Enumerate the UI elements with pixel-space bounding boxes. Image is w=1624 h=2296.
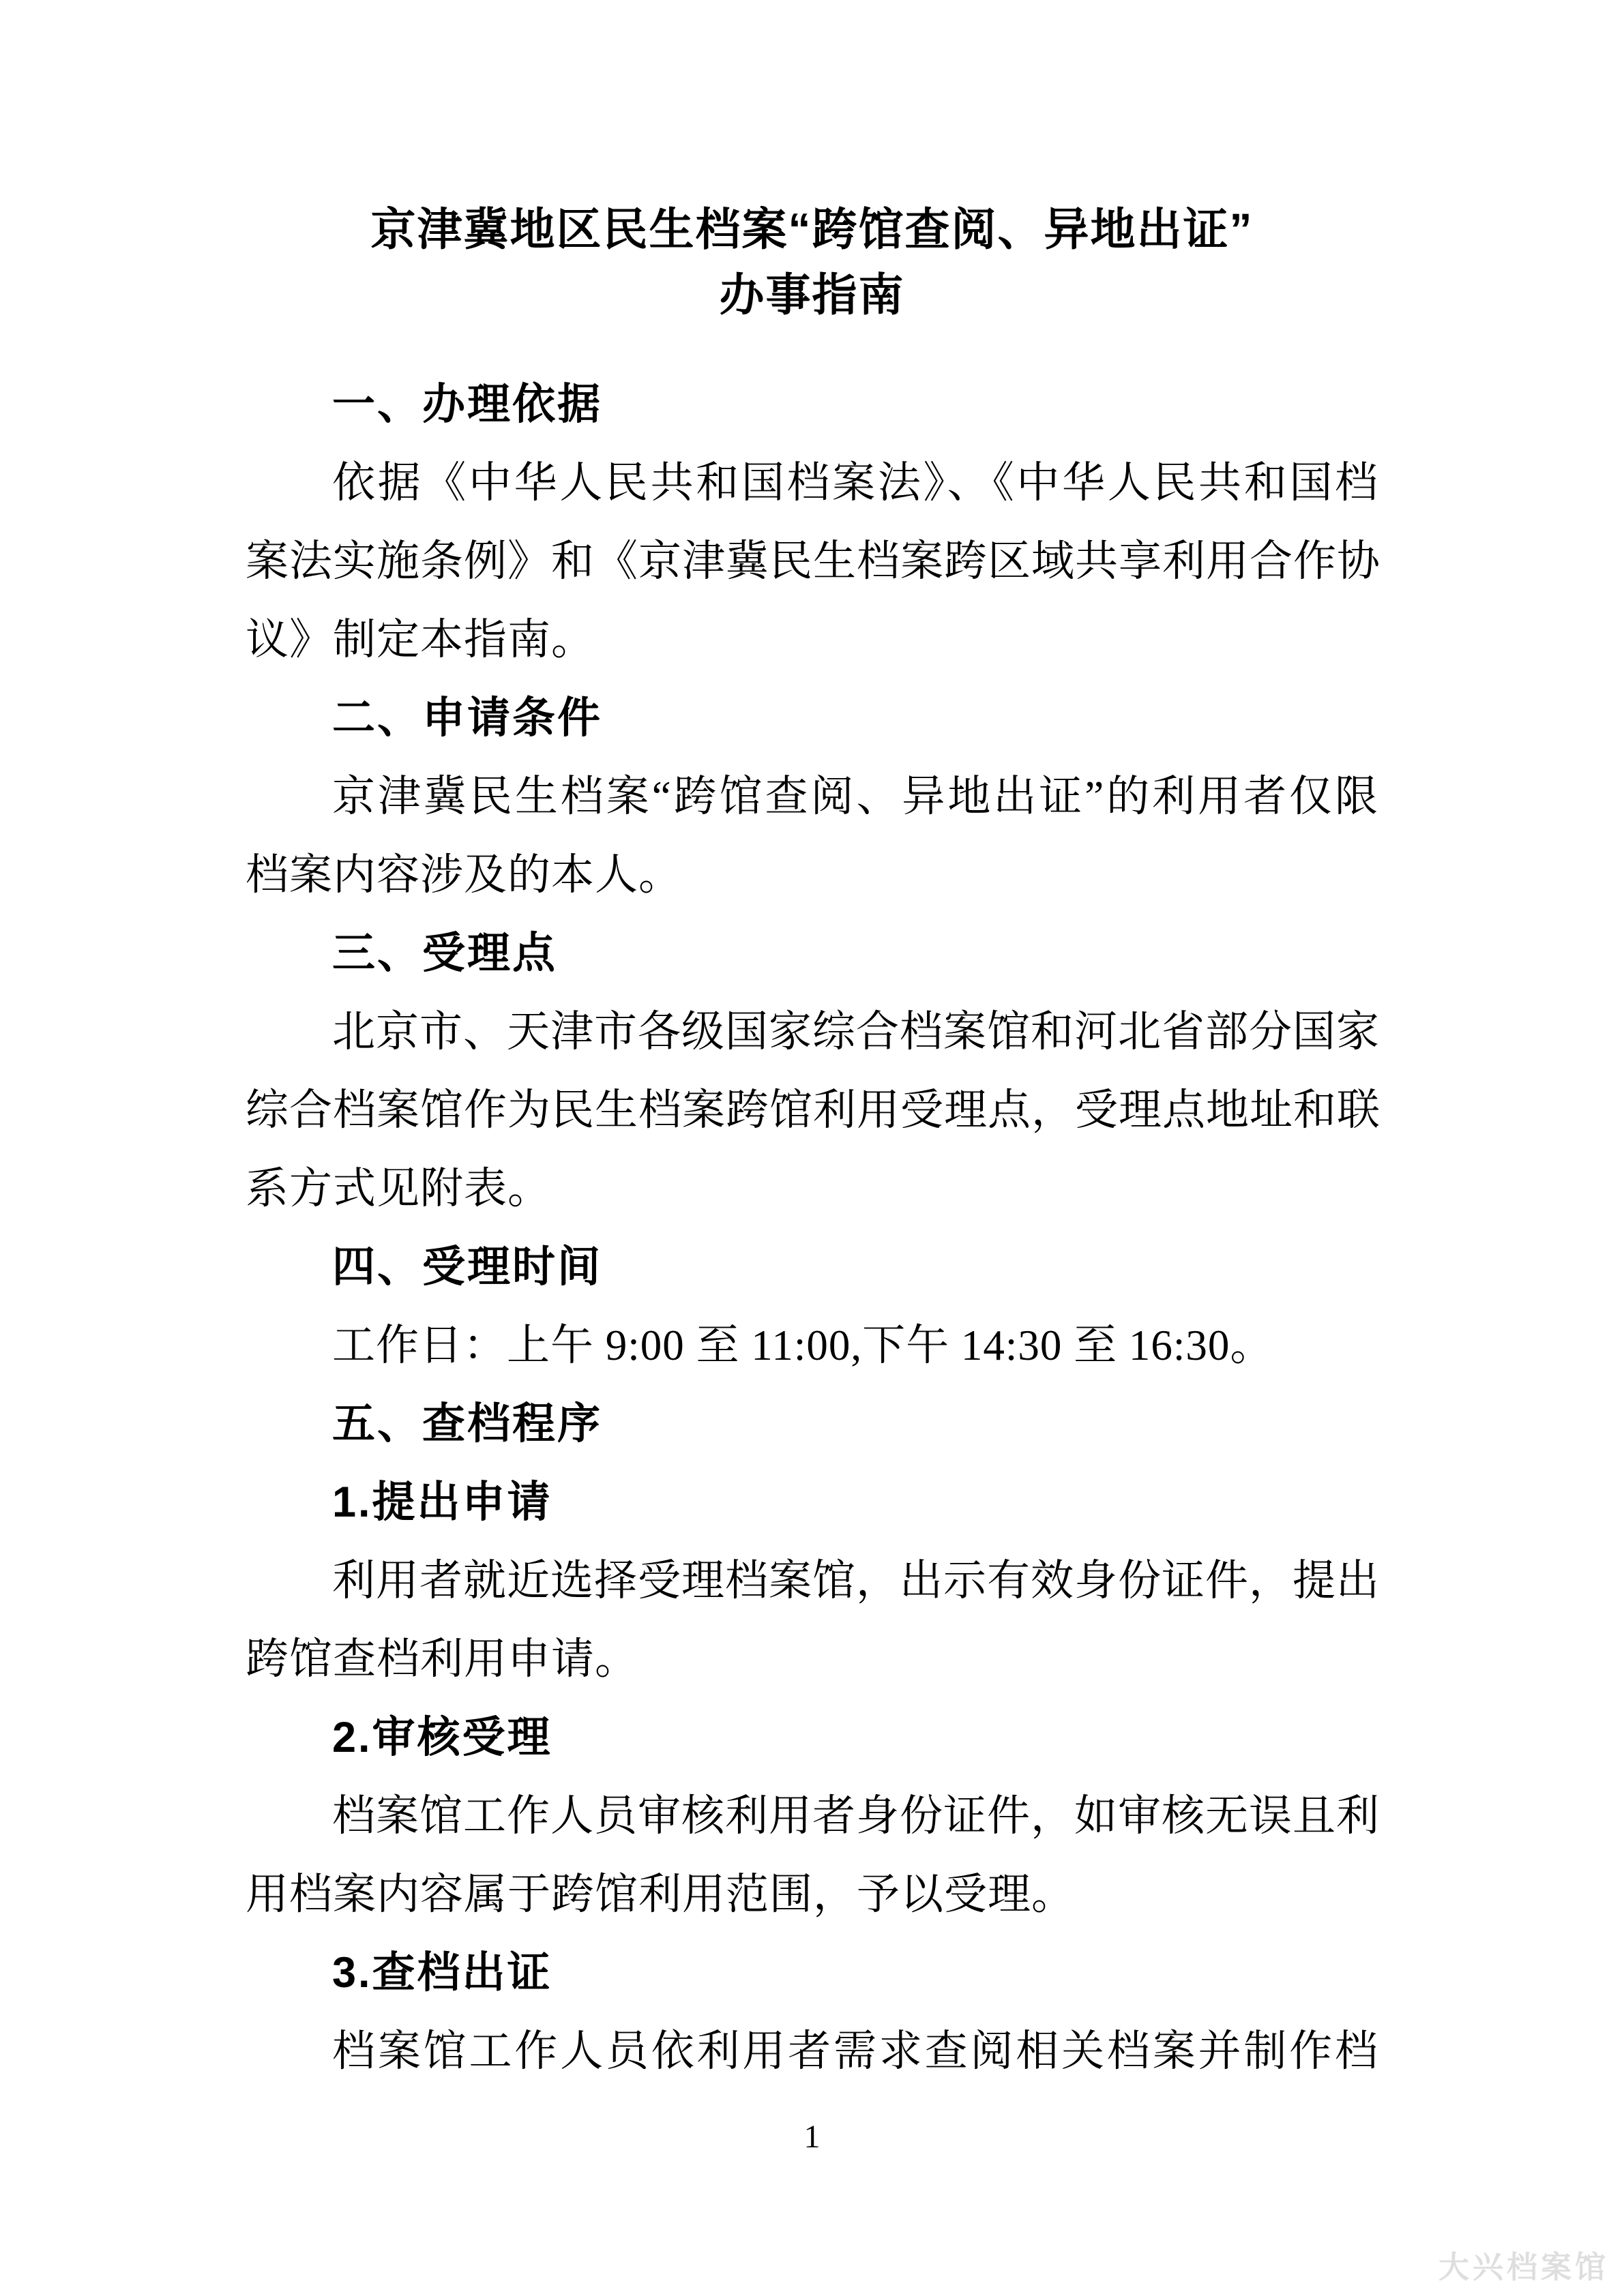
- document-line: 跨馆查档利用申请。: [246, 1620, 1378, 1699]
- title-line-1: 京津冀地区民生档案“跨馆查阅、异地出证”: [246, 196, 1378, 262]
- document-line: 议》制定本指南。: [246, 601, 1378, 679]
- document-subheading: 2.审核受理: [246, 1699, 1378, 1777]
- document-line: 北京市、天津市各级国家综合档案馆和河北省部分国家: [246, 993, 1378, 1071]
- document-heading: 二、申请条件: [246, 679, 1378, 758]
- document-line: 用档案内容属于跨馆利用范围，予以受理。: [246, 1855, 1378, 1934]
- document-line: 依据《中华人民共和国档案法》、《中华人民共和国档: [246, 444, 1378, 522]
- document-line: 档案馆工作人员依利用者需求查阅相关档案并制作档: [246, 2012, 1378, 2091]
- document-line: 案法实施条例》和《京津冀民生档案跨区域共享利用合作协: [246, 522, 1378, 601]
- document-heading: 四、受理时间: [246, 1228, 1378, 1307]
- title-line-2: 办事指南: [246, 262, 1378, 327]
- document-heading: 三、受理点: [246, 914, 1378, 993]
- document-subheading: 1.提出申请: [246, 1463, 1378, 1542]
- document-line: 利用者就近选择受理档案馆，出示有效身份证件，提出: [246, 1542, 1378, 1620]
- watermark-text: 大兴档案馆: [1438, 2242, 1609, 2286]
- document-heading: 一、办理依据: [246, 366, 1378, 444]
- document-line: 京津冀民生档案“跨馆查阅、异地出证”的利用者仅限: [246, 758, 1378, 836]
- document-title: 京津冀地区民生档案“跨馆查阅、异地出证” 办事指南: [246, 196, 1378, 327]
- document-line: 档案馆工作人员审核利用者身份证件，如审核无误且利: [246, 1777, 1378, 1855]
- document-subheading: 3.查档出证: [246, 1934, 1378, 2012]
- document-line: 档案内容涉及的本人。: [246, 836, 1378, 914]
- document-page: 京津冀地区民生档案“跨馆查阅、异地出证” 办事指南 一、办理依据依据《中华人民共…: [0, 0, 1624, 2296]
- document-heading: 五、查档程序: [246, 1385, 1378, 1463]
- page-number: 1: [0, 2117, 1624, 2158]
- document-line: 综合档案馆作为民生档案跨馆利用受理点，受理点地址和联: [246, 1071, 1378, 1150]
- document-line: 系方式见附表。: [246, 1150, 1378, 1228]
- document-body: 一、办理依据依据《中华人民共和国档案法》、《中华人民共和国档案法实施条例》和《京…: [246, 366, 1378, 2091]
- document-line: 工作日：上午 9:00 至 11:00,下午 14:30 至 16:30。: [246, 1307, 1378, 1385]
